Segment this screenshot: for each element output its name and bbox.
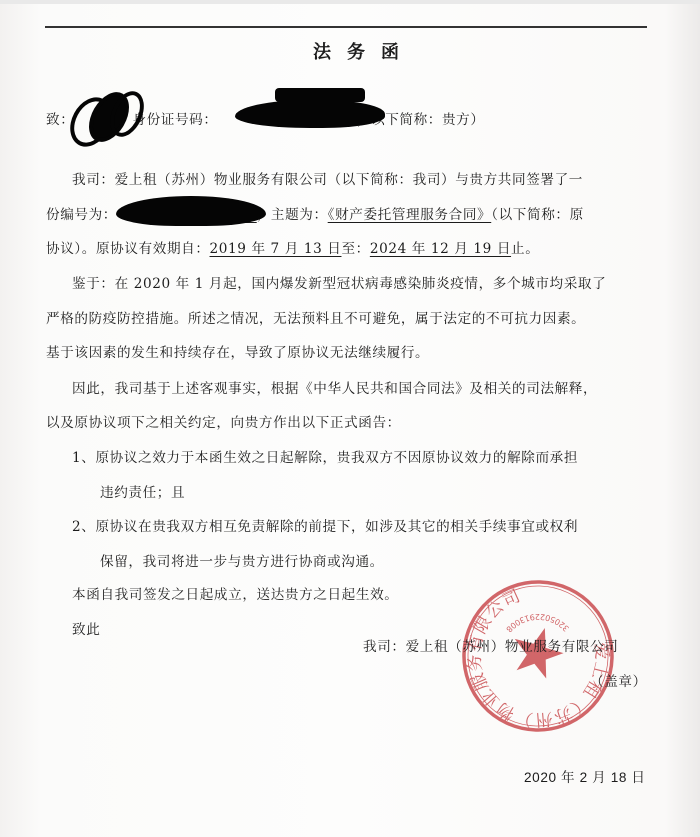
end-date: 2024 年 12 月 19 日 bbox=[370, 241, 511, 257]
p1-line3: 协议）。原协议有效期自：2019 年 7 月 13 日至：2024 年 12 月… bbox=[46, 237, 539, 257]
p2-line1: 鉴于：在 2020 年 1 月起，国内爆发新型冠状病毒感染肺炎疫情，多个城市均采… bbox=[72, 272, 606, 292]
seal-note: （盖章） bbox=[590, 670, 647, 690]
letter-page: 法务函 致：身份证号码：6，以下简称：贵方） 我司：爱上租（苏州）物业服务有限公… bbox=[0, 4, 700, 837]
item-2-cont: 保留，我司将进一步与贵方进行协商或沟通。 bbox=[100, 550, 384, 570]
id-redaction bbox=[275, 88, 365, 102]
item-2: 2、原协议在贵我双方相互免责解除的前提下，如涉及其它的相关手续事宜或权利 bbox=[72, 515, 578, 535]
contract-number-redaction bbox=[116, 196, 266, 226]
id-redaction bbox=[235, 100, 385, 128]
item-1: 1、原协议之效力于本函生效之日起解除，贵我双方不因原协议效力的解除而承担 bbox=[72, 446, 578, 466]
p2-line2: 严格的防疫防控措施。所述之情况，无法预料且不可避免，属于法定的不可抗力因素。 bbox=[46, 307, 585, 327]
effect-statement: 本函自我司签发之日起成立，送达贵方之日起生效。 bbox=[72, 583, 398, 603]
item-2-number: 2、 bbox=[72, 519, 95, 535]
closing: 致此 bbox=[72, 618, 100, 638]
header-rule bbox=[45, 26, 647, 28]
company-seal: 爱上租（苏州）物业服务有限公司 3205022913008 bbox=[458, 576, 618, 736]
p3-line1: 因此，我司基于上述客观事实，根据《中华人民共和国合同法》及相关的司法解释， bbox=[72, 377, 597, 397]
contract-title: 《财产委托管理服务合同》 bbox=[328, 207, 492, 223]
document-title: 法务函 bbox=[0, 38, 700, 64]
p1-line1: 我司：爱上租（苏州）物业服务有限公司（以下简称：我司）与贵方共同签署了一 bbox=[72, 168, 583, 188]
p3-line2: 以及原协议项下之相关约定，向贵方作出以下正式函告： bbox=[46, 411, 401, 431]
start-date: 2019 年 7 月 13 日 bbox=[210, 241, 342, 257]
item-1-number: 1、 bbox=[72, 450, 95, 466]
signature-company: 我司：爱上租（苏州）物业服务有限公司 bbox=[363, 635, 619, 655]
id-label: 身份证号码： bbox=[132, 112, 217, 128]
signature-date: 2020 年 2 月 18 日 bbox=[524, 766, 646, 786]
p2-line3: 基于该因素的发生和持续存在，导致了原协议无法继续履行。 bbox=[46, 341, 429, 361]
item-1-cont: 违约责任；且 bbox=[100, 481, 185, 501]
